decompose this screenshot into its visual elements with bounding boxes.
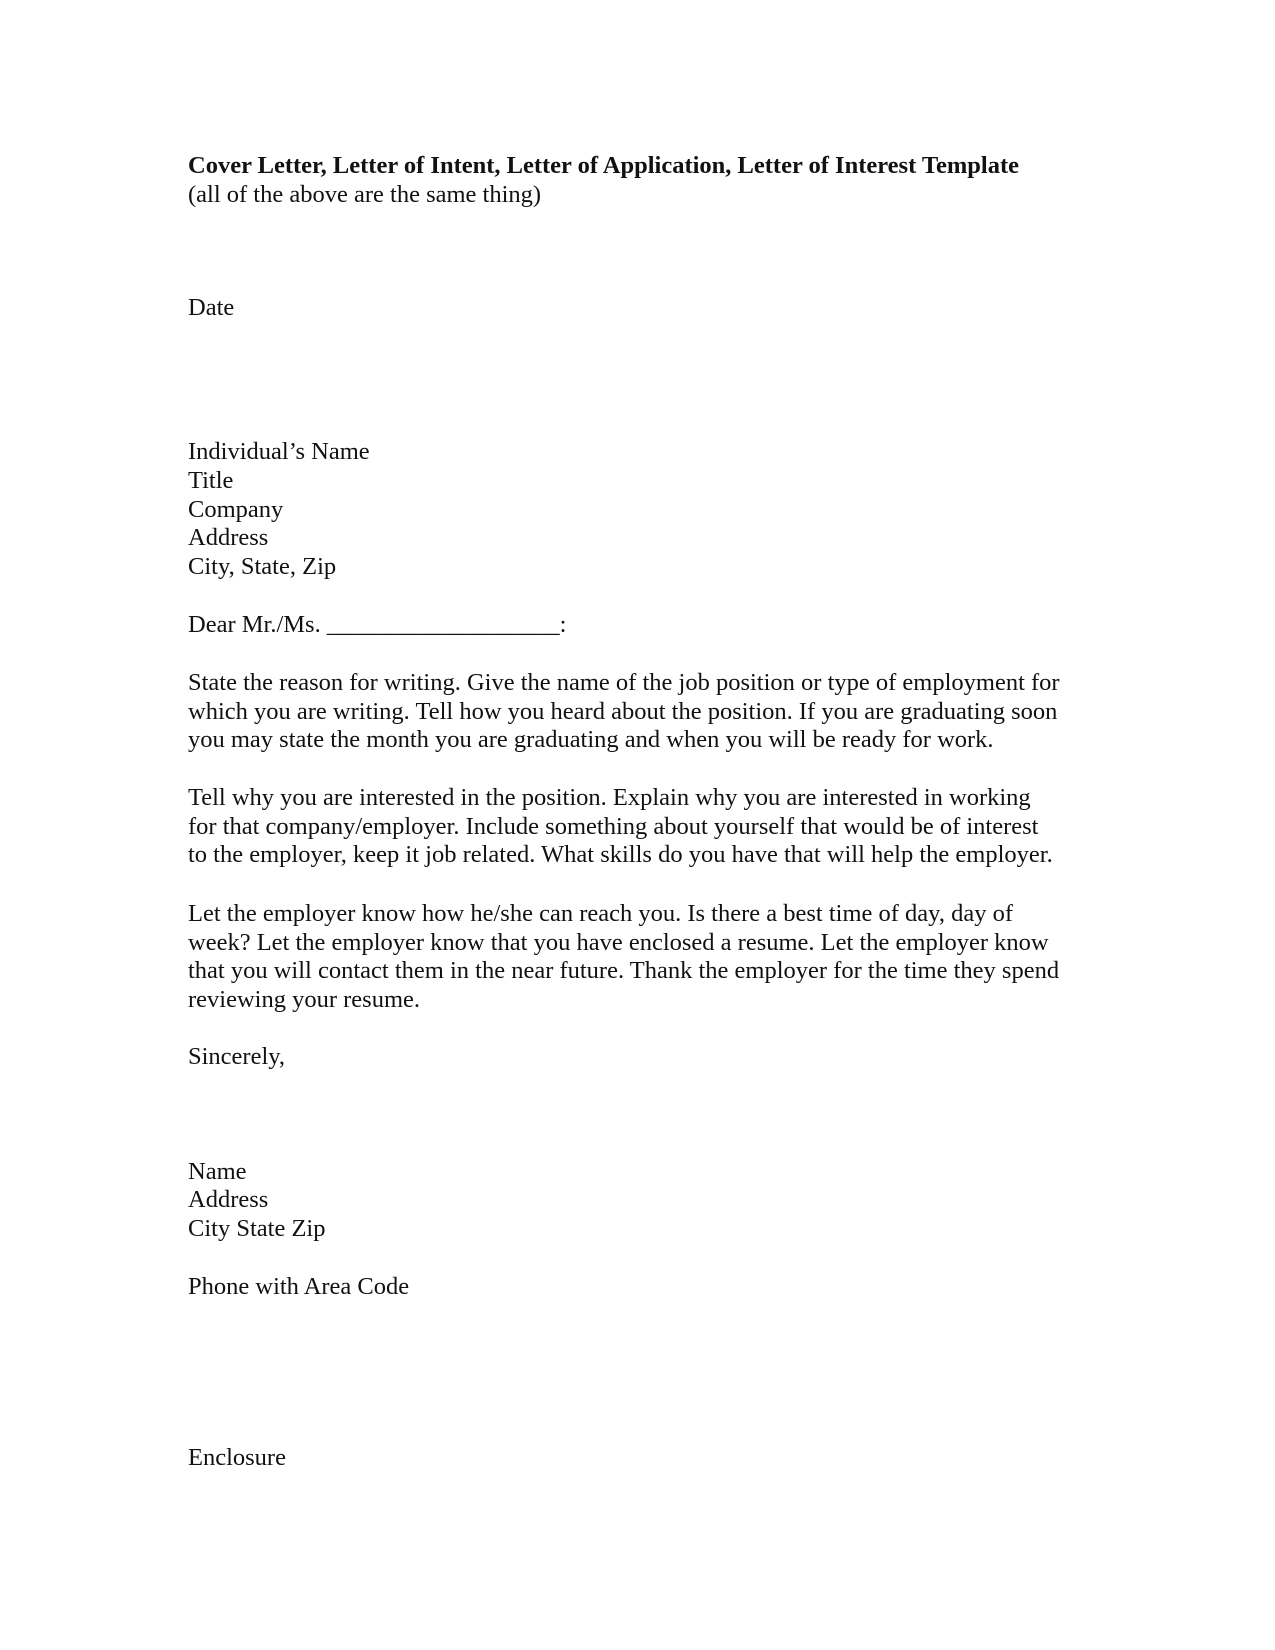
closing: Sincerely, <box>188 1043 285 1072</box>
enclosure-line: Enclosure <box>188 1444 286 1473</box>
document-subtitle: (all of the above are the same thing) <box>188 181 541 210</box>
paragraph-line: which you are writing. Tell how you hear… <box>188 698 1060 727</box>
salutation: Dear Mr./Ms. ___________________: <box>188 611 566 640</box>
date-line: Date <box>188 294 234 323</box>
paragraph-line: State the reason for writing. Give the n… <box>188 669 1060 698</box>
paragraph-line: Tell why you are interested in the posit… <box>188 784 1053 813</box>
paragraph-line: Let the employer know how he/she can rea… <box>188 900 1059 929</box>
paragraph-line: week? Let the employer know that you hav… <box>188 929 1059 958</box>
recipient-name: Individual’s Name <box>188 438 370 467</box>
paragraph-line: that you will contact them in the near f… <box>188 957 1059 986</box>
paragraph-interest: Tell why you are interested in the posit… <box>188 784 1053 870</box>
paragraph-line: to the employer, keep it job related. Wh… <box>188 841 1053 870</box>
recipient-address: Address <box>188 524 268 553</box>
recipient-company: Company <box>188 496 283 525</box>
recipient-city-state-zip: City, State, Zip <box>188 553 336 582</box>
sender-phone: Phone with Area Code <box>188 1273 409 1302</box>
paragraph-line: reviewing your resume. <box>188 986 1059 1015</box>
recipient-title: Title <box>188 467 233 496</box>
paragraph-line: you may state the month you are graduati… <box>188 726 1060 755</box>
sender-name: Name <box>188 1158 247 1187</box>
sender-city-state-zip: City State Zip <box>188 1215 325 1244</box>
letter-page: Cover Letter, Letter of Intent, Letter o… <box>0 0 1275 1650</box>
paragraph-contact: Let the employer know how he/she can rea… <box>188 900 1059 1015</box>
sender-address: Address <box>188 1186 268 1215</box>
paragraph-line: for that company/employer. Include somet… <box>188 813 1053 842</box>
document-title: Cover Letter, Letter of Intent, Letter o… <box>188 152 1019 181</box>
paragraph-reason: State the reason for writing. Give the n… <box>188 669 1060 755</box>
